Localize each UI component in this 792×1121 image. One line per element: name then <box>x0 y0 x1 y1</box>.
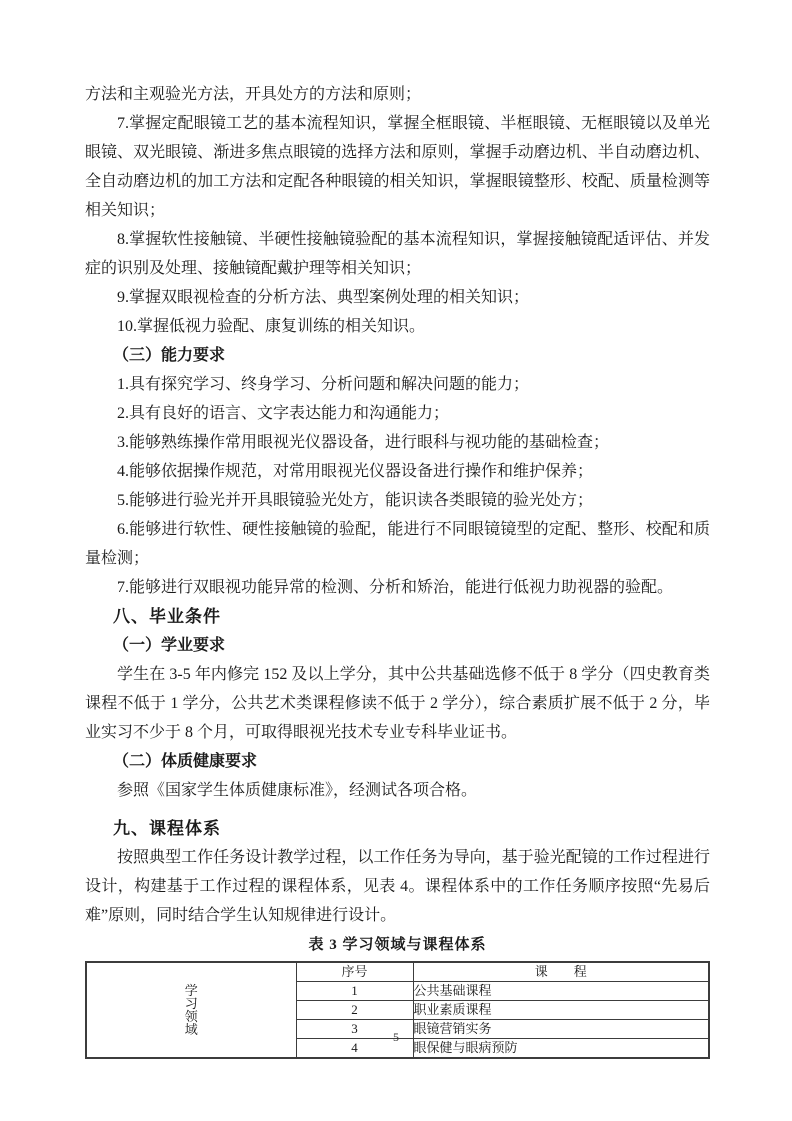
section-heading-graduation: 八、毕业条件 <box>85 602 710 631</box>
subsection-heading-academic: （一）学业要求 <box>85 631 710 660</box>
ability-item-6: 6.能够进行软性、硬性接触镜的验配，能进行不同眼镜镜型的定配、整形、校配和质量检… <box>85 515 710 573</box>
table-caption: 表 3 学习领域与课程体系 <box>85 932 710 959</box>
table-header-row: 学习领域 序号 课 程 <box>86 962 709 982</box>
paragraph-continued: 方法和主观验光方法，开具处方的方法和原则； <box>85 80 710 109</box>
document-content: 方法和主观验光方法，开具处方的方法和原则； 7.掌握定配眼镜工艺的基本流程知识，… <box>85 80 710 1059</box>
knowledge-item-7: 7.掌握定配眼镜工艺的基本流程知识，掌握全框眼镜、半框眼镜、无框眼镜以及单光眼镜… <box>85 109 710 225</box>
ability-item-3: 3.能够熟练操作常用眼视光仪器设备，进行眼科与视功能的基础检查； <box>85 428 710 457</box>
col-header-course: 课 程 <box>413 962 709 982</box>
cell-course: 职业素质课程 <box>413 1001 709 1020</box>
col-header-no: 序号 <box>296 962 413 982</box>
paragraph-health: 参照《国家学生体质健康标准》，经测试各项合格。 <box>85 776 710 805</box>
row-group-label: 学习领域 <box>185 984 198 1036</box>
ability-item-1: 1.具有探究学习、终身学习、分析问题和解决问题的能力； <box>85 370 710 399</box>
document-page: 方法和主观验光方法，开具处方的方法和原则； 7.掌握定配眼镜工艺的基本流程知识，… <box>0 0 792 1121</box>
paragraph-academic: 学生在 3-5 年内修完 152 及以上学分，其中公共基础选修不低于 8 学分（… <box>85 660 710 747</box>
section-heading-curriculum: 九、课程体系 <box>85 814 710 843</box>
ability-item-2: 2.具有良好的语言、文字表达能力和沟通能力； <box>85 399 710 428</box>
cell-course: 公共基础课程 <box>413 982 709 1001</box>
cell-no: 2 <box>296 1001 413 1020</box>
knowledge-item-9: 9.掌握双眼视检查的分析方法、典型案例处理的相关知识； <box>85 283 710 312</box>
ability-item-4: 4.能够依据操作规范，对常用眼视光仪器设备进行操作和维护保养； <box>85 457 710 486</box>
knowledge-item-8: 8.掌握软性接触镜、半硬性接触镜验配的基本流程知识，掌握接触镜配适评估、并发症的… <box>85 225 710 283</box>
knowledge-item-10: 10.掌握低视力验配、康复训练的相关知识。 <box>85 312 710 341</box>
paragraph-curriculum: 按照典型工作任务设计教学过程，以工作任务为导向，基于验光配镜的工作过程进行设计，… <box>85 843 710 930</box>
ability-item-7: 7.能够进行双眼视功能异常的检测、分析和矫治，能进行低视力助视器的验配。 <box>85 573 710 602</box>
subsection-heading-ability: （三）能力要求 <box>85 341 710 370</box>
ability-item-5: 5.能够进行验光并开具眼镜验光处方，能识读各类眼镜的验光处方； <box>85 486 710 515</box>
subsection-heading-health: （二）体质健康要求 <box>85 747 710 776</box>
cell-no: 1 <box>296 982 413 1001</box>
page-number: 5 <box>0 1030 792 1045</box>
